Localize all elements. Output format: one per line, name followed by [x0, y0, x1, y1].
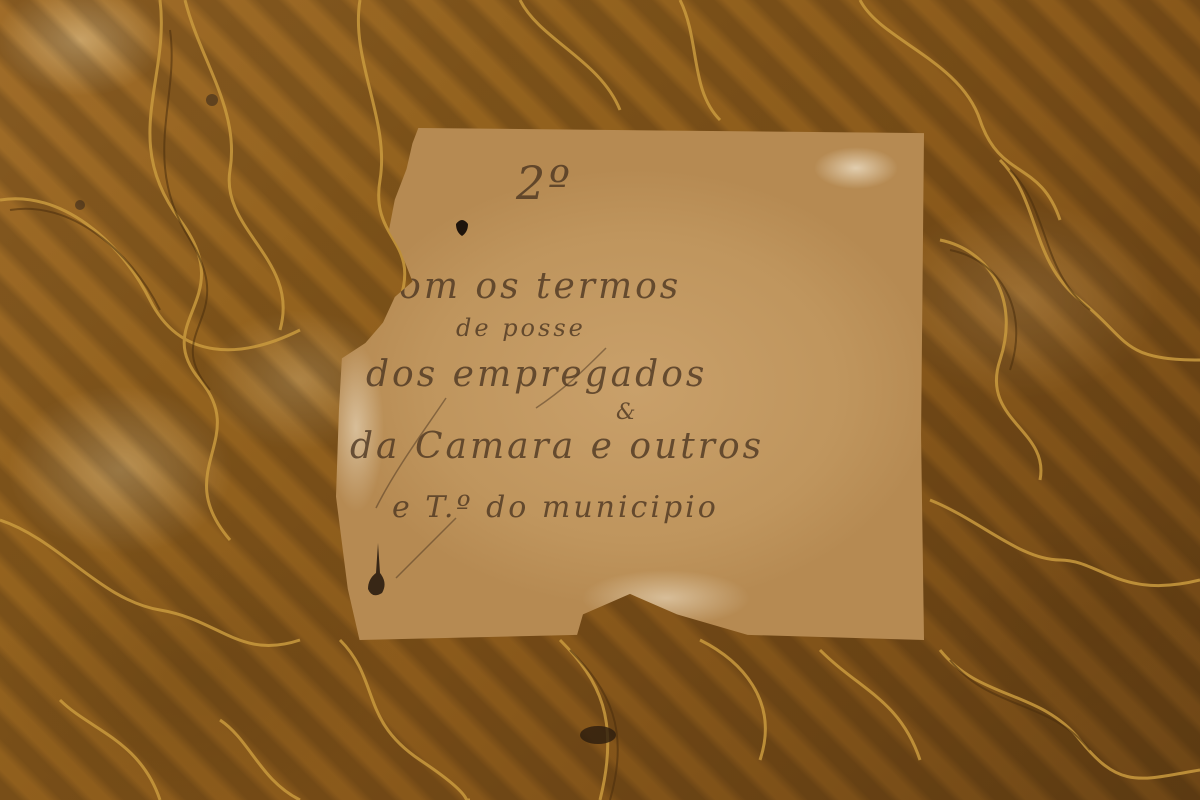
label-line: e T.º do municipio [392, 490, 719, 525]
label-line: da Camara e outros [350, 426, 764, 467]
label-line: com os termos [376, 266, 681, 307]
label-line: & [616, 400, 639, 425]
label-line: dos empregados [366, 354, 707, 395]
label-number: 2º [516, 156, 573, 210]
label-line: de posse [456, 314, 586, 342]
paper-label: 2º com os termos de posse dos empregados… [336, 128, 924, 640]
